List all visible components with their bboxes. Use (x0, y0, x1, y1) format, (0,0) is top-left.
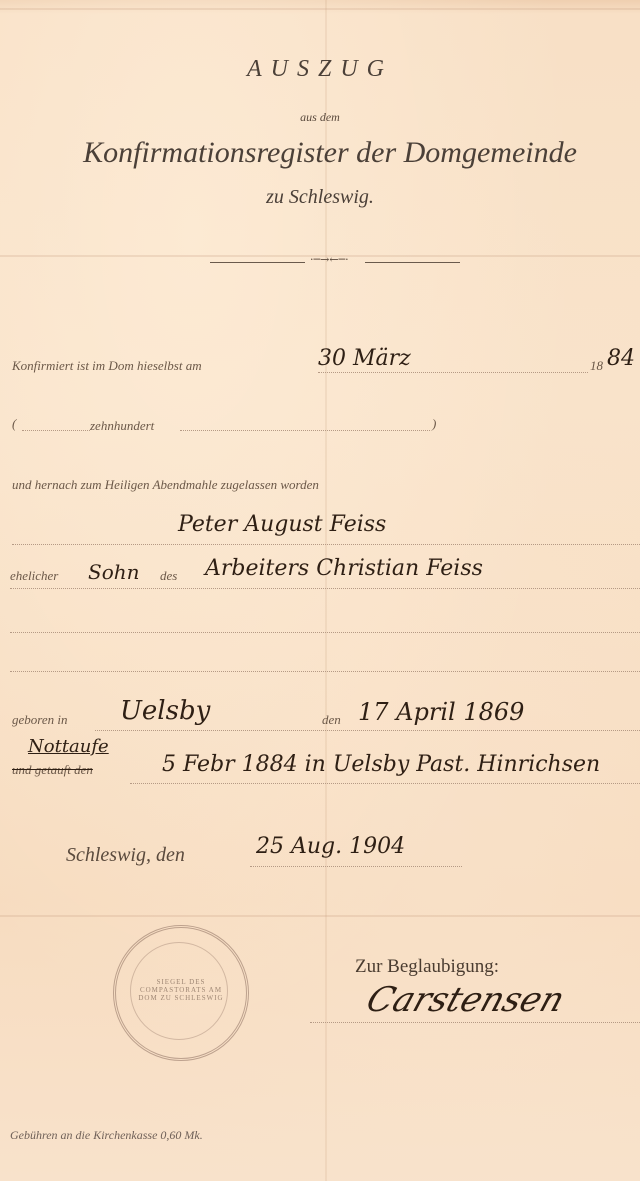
ornament-glyph: ·─→←─· (310, 253, 349, 266)
dotted-line (10, 588, 640, 589)
dotted-line (10, 671, 640, 672)
city-line: zu Schleswig. (0, 186, 640, 209)
register-name: Konfirmationsregister der Domgemeinde (0, 136, 640, 170)
confirmand-name: Peter August Feiss (178, 512, 386, 537)
des-label: des (160, 568, 177, 584)
dotted-line (180, 430, 430, 431)
confirmation-date: 30 März (318, 346, 411, 371)
place-date-label: Schleswig, den (66, 844, 185, 867)
paper-edge (0, 8, 640, 10)
issue-date: 25 Aug. 1904 (256, 834, 405, 859)
zehnhundert-label: zehnhundert (90, 418, 154, 434)
birth-date: 17 April 1869 (358, 698, 524, 726)
legitimate-label: ehelicher (10, 568, 58, 584)
dotted-line (318, 372, 588, 373)
birth-den-label: den (322, 712, 341, 728)
dotted-line (95, 730, 640, 731)
born-label: geboren in (12, 712, 67, 728)
document-title: AUSZUG (0, 56, 640, 83)
church-seal: SIEGEL DES COMPASTORATS AM DOM ZU SCHLES… (113, 925, 249, 1061)
relation-value: Sohn (88, 560, 140, 584)
dotted-line (250, 866, 462, 867)
confirmation-year: 84 (607, 346, 635, 371)
birth-place: Uelsby (120, 696, 210, 726)
dotted-line (22, 430, 90, 431)
pastor-signature: Carstensen (362, 980, 570, 1020)
paren-open: ( (12, 416, 16, 432)
year-prefix: 18 (590, 358, 603, 374)
dotted-line (130, 783, 640, 784)
paren-close: ) (432, 416, 436, 432)
communion-label: und hernach zum Heiligen Abendmahle zuge… (12, 477, 319, 493)
document-subtitle: aus dem (0, 110, 640, 125)
baptism-correction: Nottaufe (28, 736, 109, 757)
dotted-line (10, 632, 640, 633)
baptized-label-struck: und getauft den (12, 762, 93, 778)
certification-label: Zur Beglaubigung: (355, 956, 499, 978)
baptism-details: 5 Febr 1884 in Uelsby Past. Hinrichsen (162, 752, 600, 777)
parent-name: Arbeiters Christian Feiss (205, 556, 483, 581)
fold-line-bottom (0, 915, 640, 917)
seal-text: SIEGEL DES COMPASTORATS AM DOM ZU SCHLES… (116, 978, 246, 1002)
ornament-divider: ·─→←─· (210, 258, 460, 268)
fold-line-vertical (325, 0, 327, 1181)
signature-line (310, 1022, 640, 1023)
dotted-line (12, 544, 640, 545)
fee-note: Gebühren an die Kirchenkasse 0,60 Mk. (10, 1128, 203, 1143)
confirmation-label: Konfirmiert ist im Dom hieselbst am (12, 358, 202, 374)
